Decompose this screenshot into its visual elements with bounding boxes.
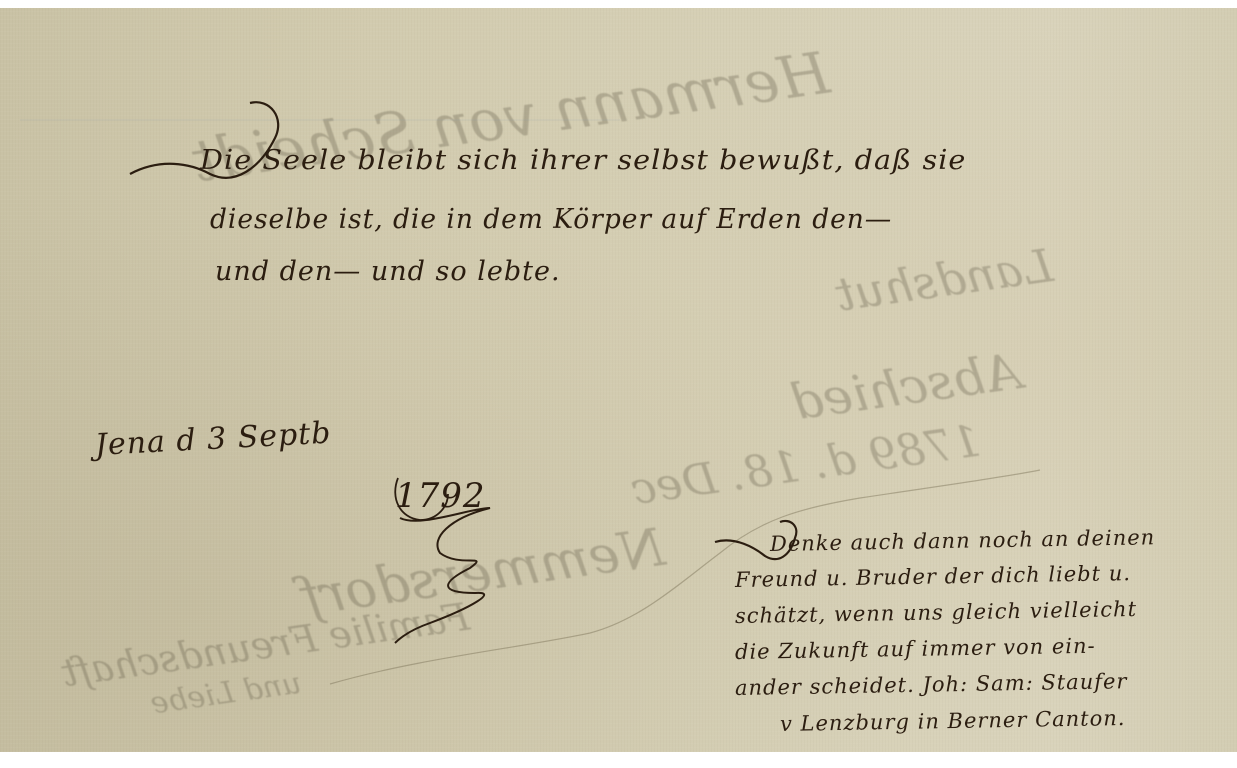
second-entry-line: schätzt, wenn uns gleich vielleicht xyxy=(735,597,1137,628)
bleed-through-line: 1789 d. 18. Dec xyxy=(628,416,984,515)
place-date: Jena d 3 Septb xyxy=(94,416,332,463)
second-entry-line: Denke auch dann noch an deinen xyxy=(770,525,1156,556)
bleed-through-line: Abschied xyxy=(787,342,1024,432)
main-entry-line: Die Seele bleibt sich ihrer selbst bewuß… xyxy=(200,145,966,176)
manuscript-page: Hermann von Scheidt Landshut Abschied 17… xyxy=(0,8,1237,752)
year: 1792 xyxy=(395,476,486,516)
second-entry-line: ander scheidet. Joh: Sam: Staufer xyxy=(735,669,1128,700)
main-entry-line: dieselbe ist, die in dem Körper auf Erde… xyxy=(210,204,892,235)
second-entry-line: Freund u. Bruder der dich liebt u. xyxy=(735,561,1131,592)
second-entry-line: die Zukunft auf immer von ein- xyxy=(735,634,1096,664)
main-entry-line: und den— und so lebte. xyxy=(215,256,561,287)
second-entry-line: v Lenzburg in Berner Canton. xyxy=(780,706,1126,736)
bleed-through-line: Landshut xyxy=(832,238,1056,322)
